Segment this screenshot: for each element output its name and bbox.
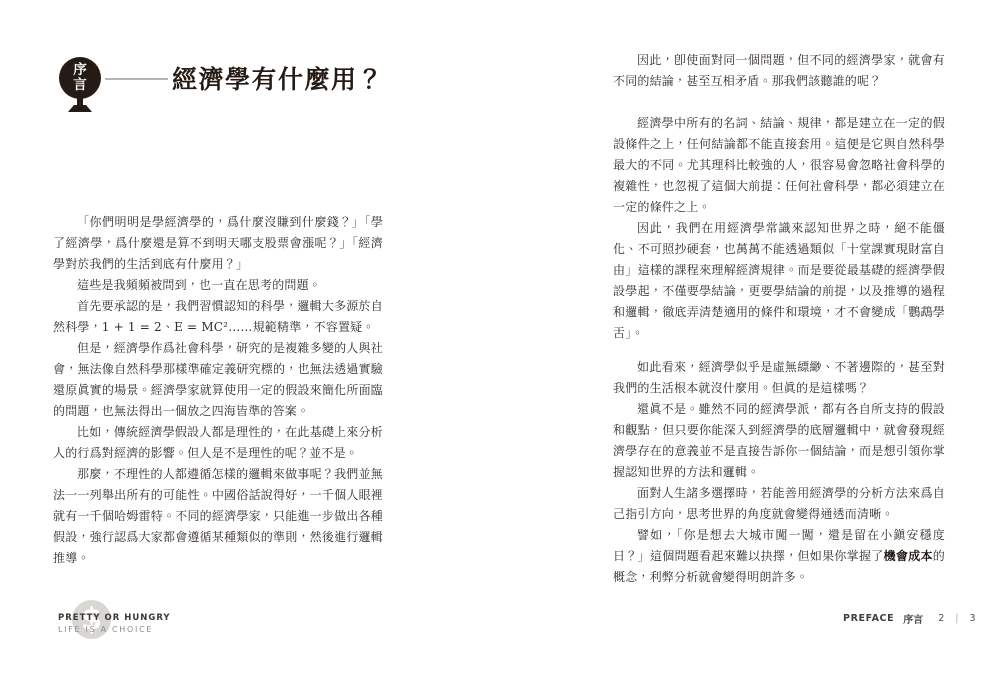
paragraph: 這些是我頻頻被問到，也一直在思考的問題。 (53, 275, 383, 296)
paragraph: 面對人生諸多選擇時，若能善用經濟學的分析方法來爲自己指引方向，思考世界的角度就會… (613, 483, 945, 525)
paragraph: 比如，傳統經濟學假設人都是理性的，在此基礎上來分析人的行爲對經濟的影響。但人是不… (53, 422, 383, 464)
badge-char: 言 (73, 78, 87, 93)
left-body-text: 「你們明明是學經濟學的，爲什麼沒賺到什麼錢？」「學了經濟學，爲什麼還是算不到明天… (53, 212, 383, 569)
paragraph: 因此，我們在用經濟學常識來認知世界之時，絕不能僵化、不可照抄硬套，也萬萬不能透過… (613, 218, 945, 344)
badge-char: 序 (73, 63, 87, 78)
paragraph: 首先要承認的是，我們習慣認知的科學，邏輯大多源於自然科學，1 + 1 = 2、E… (53, 296, 383, 338)
brand-block: PRETTY OR HUNGRY LIFE IS A CHOICE (58, 613, 171, 634)
key-term: 機會成本 (884, 549, 933, 563)
page-number-right: 3 (969, 613, 975, 624)
page-number-separator: | (955, 613, 958, 624)
preface-badge-icon: 序 言 (59, 57, 101, 99)
brand-line1: PRETTY OR HUNGRY (58, 613, 171, 623)
paragraph: 經濟學中所有的名詞、結論、規律，都是建立在一定的假設條件之上，任何結論都不能直接… (613, 113, 945, 218)
page-number-left: 2 (938, 613, 944, 624)
badge-base (68, 105, 92, 112)
chapter-title: 經濟學有什麼用？ (172, 63, 384, 97)
paragraph: 因此，卽使面對同一個問題，但不同的經濟學家，就會有不同的結論，甚至互相矛盾。那我… (613, 50, 945, 92)
paragraph: 那麼，不理性的人都遵循怎樣的邏輯來做事呢？我們並無法一一列舉出所有的可能性。中國… (53, 464, 383, 569)
book-spread: 序 言 經濟學有什麼用？ 「你們明明是學經濟學的，爲什麼沒賺到什麼錢？」「學了經… (0, 0, 1000, 677)
footer-label-zh: 序言 (903, 611, 923, 626)
right-body-text: 因此，卽使面對同一個問題，但不同的經濟學家，就會有不同的結論，甚至互相矛盾。那我… (613, 50, 945, 588)
paragraph: 「你們明明是學經濟學的，爲什麼沒賺到什麼錢？」「學了經濟學，爲什麼還是算不到明天… (53, 212, 383, 275)
brand-line2: LIFE IS A CHOICE (58, 625, 171, 634)
paragraph: 但是，經濟學作爲社會科學，研究的是複雜多變的人與社會，無法像自然科學那樣準確定義… (53, 338, 383, 422)
paragraph: 如此看來，經濟學似乎是虛無縹緲、不著邊際的，甚至對我們的生活根本就沒什麼用。但眞… (613, 357, 945, 399)
paragraph: 還眞不是。雖然不同的經濟學派，都有各自所支持的假設和觀點，但只要你能深入到經濟學… (613, 399, 945, 483)
header-rule (105, 78, 168, 80)
page-footer: PREFACE 序言 2 | 3 (843, 611, 975, 626)
footer-label-en: PREFACE (843, 613, 894, 624)
paragraph: 譬如，「你是想去大城市闖一闖，還是留在小鎭安穩度日？」這個問題看起來難以抉擇，但… (613, 525, 945, 588)
